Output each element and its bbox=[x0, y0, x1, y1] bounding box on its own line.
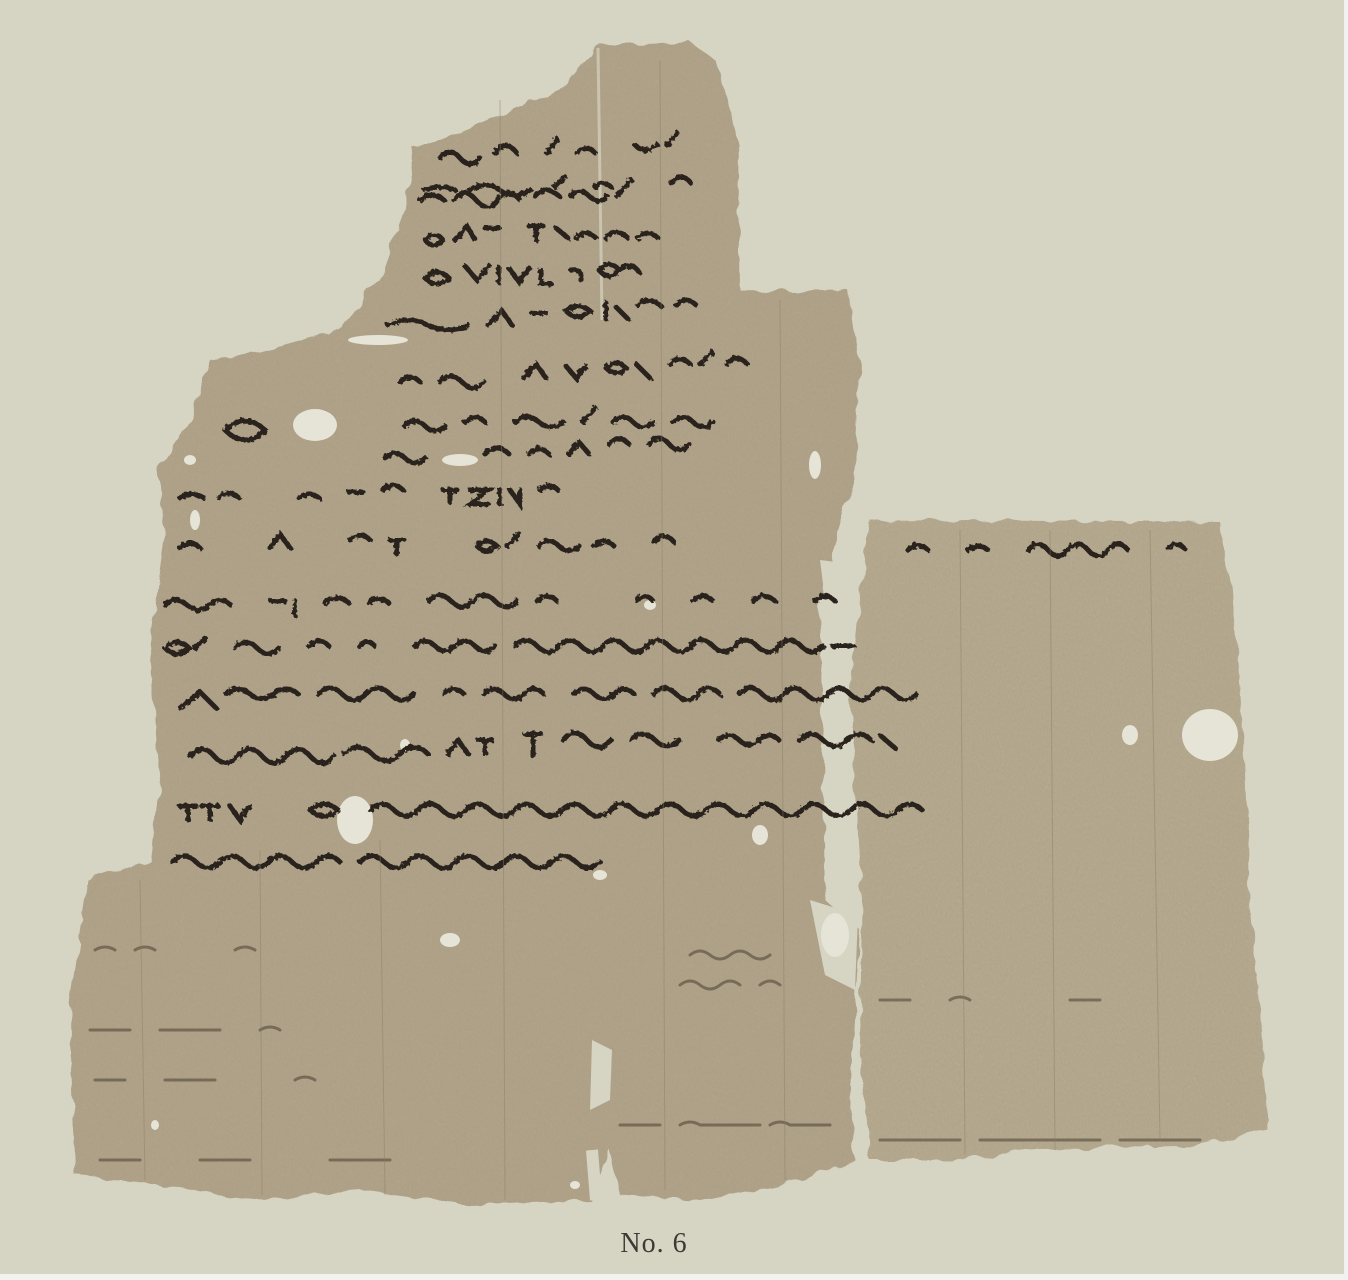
papyrus-fragment bbox=[70, 42, 1268, 1205]
plate-caption: No. 6 bbox=[0, 1228, 1308, 1260]
papyrus-image bbox=[0, 0, 1344, 1274]
photographic-plate: No. 6 bbox=[0, 0, 1344, 1274]
